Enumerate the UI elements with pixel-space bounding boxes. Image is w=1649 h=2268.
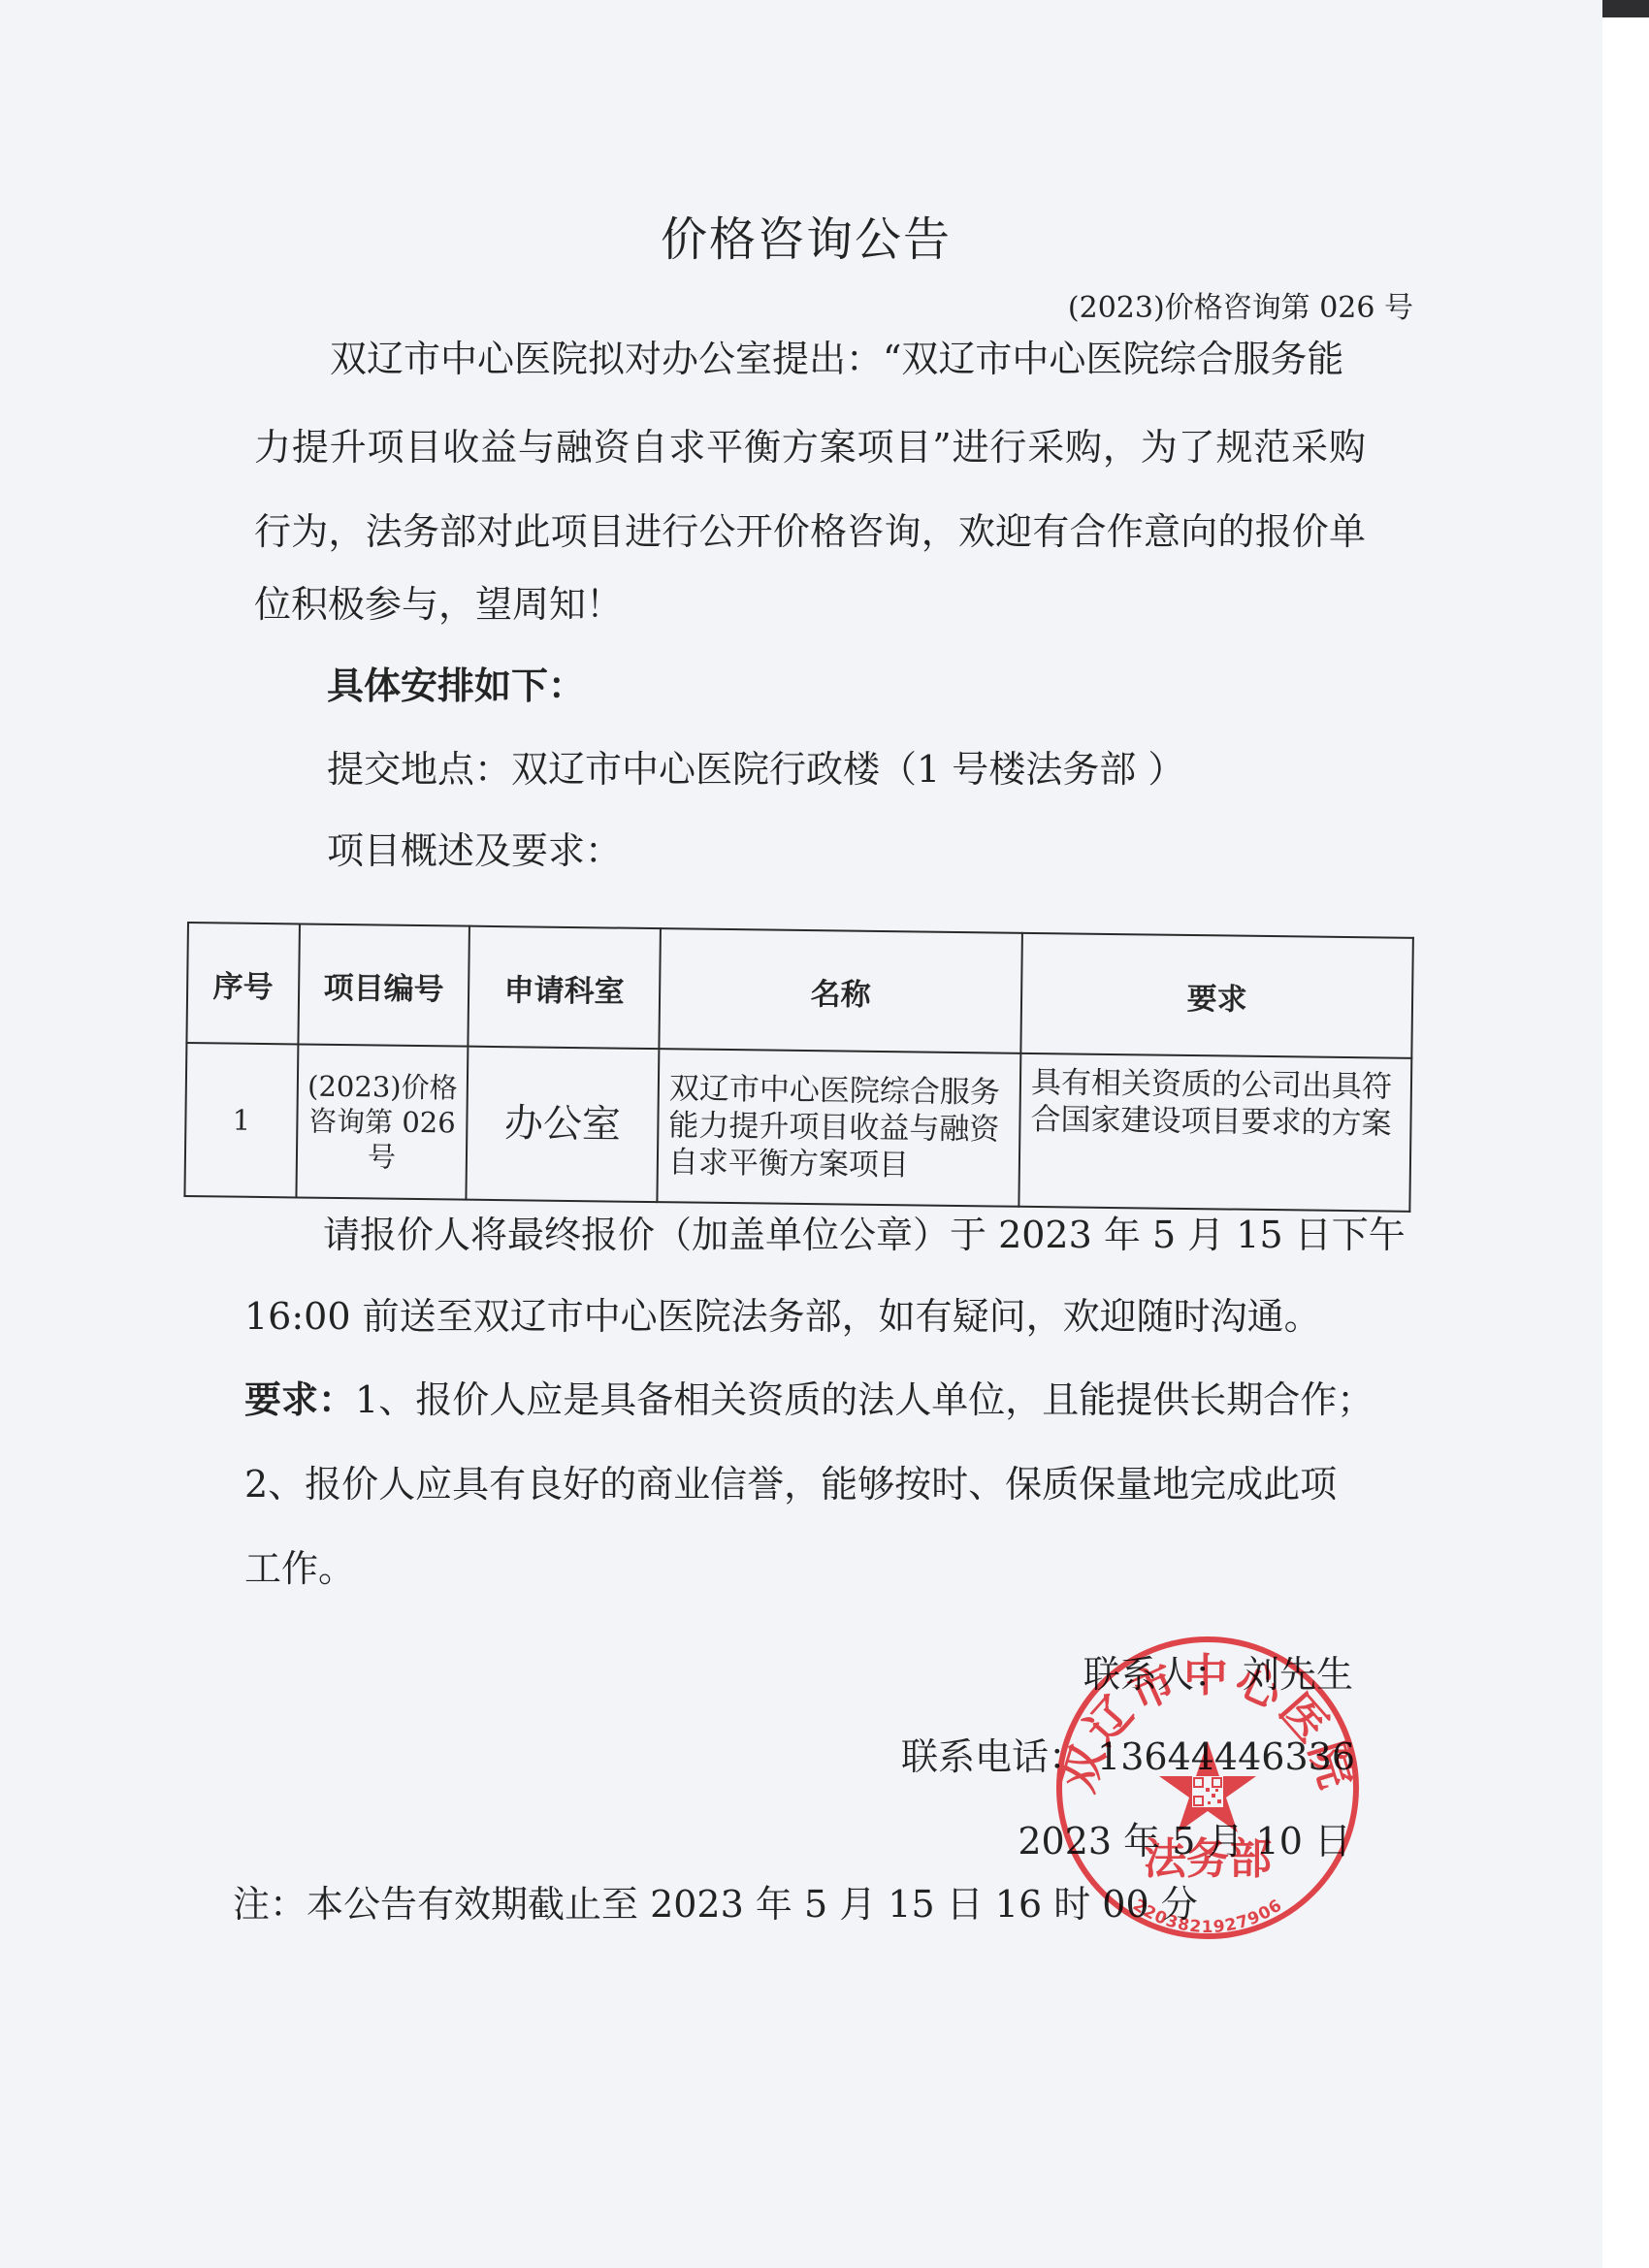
cell-name: 双辽市中心医院综合服务能力提升项目收益与融资自求平衡方案项目 [657, 1049, 1020, 1207]
header-name: 名称 [659, 928, 1022, 1053]
intro-line-3: 行为，法务部对此项目进行公开价格咨询，欢迎有合作意向的报价单 [254, 509, 1366, 554]
project-table: 序号 项目编号 申请科室 名称 要求 1 (2023)价格咨询第 026 号 办… [183, 922, 1413, 1213]
document-number: (2023)价格咨询第 026 号 [1068, 283, 1413, 326]
deadline-line-2: 16:00 前送至双辽市中心医院法务部，如有疑问，欢迎随时沟通。 [244, 1294, 1321, 1339]
intro-line-4: 位积极参与，望周知！ [254, 582, 623, 627]
cell-project-number: (2023)价格咨询第 026 号 [296, 1044, 468, 1199]
arrangement-heading: 具体安排如下： [327, 664, 585, 708]
deadline-line-1: 请报价人将最终报价（加盖单位公章）于 2023 年 5 月 15 日下午 [323, 1213, 1406, 1257]
requirements-label: 要求： [244, 1377, 355, 1421]
cell-department: 办公室 [466, 1047, 659, 1202]
intro-line-1: 双辽市中心医院拟对办公室提出：“双辽市中心医院综合服务能 [330, 337, 1343, 381]
requirements-paragraph: 要求：1、报价人应是具备相关资质的法人单位，且能提供长期合作； [244, 1377, 1374, 1422]
header-index: 序号 [186, 923, 300, 1044]
requirement-item-1: 1、报价人应是具备相关资质的法人单位，且能提供长期合作； [355, 1378, 1374, 1421]
header-requirement: 要求 [1020, 933, 1413, 1058]
overview-heading: 项目概述及要求： [327, 828, 622, 873]
issue-date: 2023 年 5 月 10 日 [1018, 1811, 1351, 1864]
validity-note: 注：本公告有效期截止至 2023 年 5 月 15 日 16 时 00 分 [233, 1882, 1198, 1927]
header-project-number: 项目编号 [298, 923, 469, 1046]
requirement-item-2: 2、报价人应具有良好的商业信誉，能够按时、保质保量地完成此项 [244, 1462, 1337, 1507]
header-department: 申请科室 [468, 926, 661, 1049]
submission-location: 提交地点：双辽市中心医院行政楼（1 号楼法务部 ） [327, 747, 1184, 792]
requirement-item-2-cont: 工作。 [244, 1546, 355, 1591]
contact-person: 联系人： 刘先生 [1083, 1644, 1353, 1698]
scan-edge-strip [1602, 0, 1649, 17]
cell-requirement: 具有相关资质的公司出具符合国家建设项目要求的方案 [1018, 1053, 1411, 1212]
contact-phone: 联系电话： 13644446336 [901, 1727, 1355, 1780]
table-row: 1 (2023)价格咨询第 026 号 办公室 双辽市中心医院综合服务能力提升项… [184, 1043, 1411, 1212]
page-title: 价格咨询公告 [0, 202, 1602, 269]
table-header-row: 序号 项目编号 申请科室 名称 要求 [186, 923, 1412, 1058]
intro-line-2: 力提升项目收益与融资自求平衡方案项目”进行采购，为了规范采购 [254, 425, 1366, 470]
cell-index: 1 [184, 1043, 298, 1197]
project-table-wrapper: 序号 项目编号 申请科室 名称 要求 1 (2023)价格咨询第 026 号 办… [183, 922, 1411, 1213]
